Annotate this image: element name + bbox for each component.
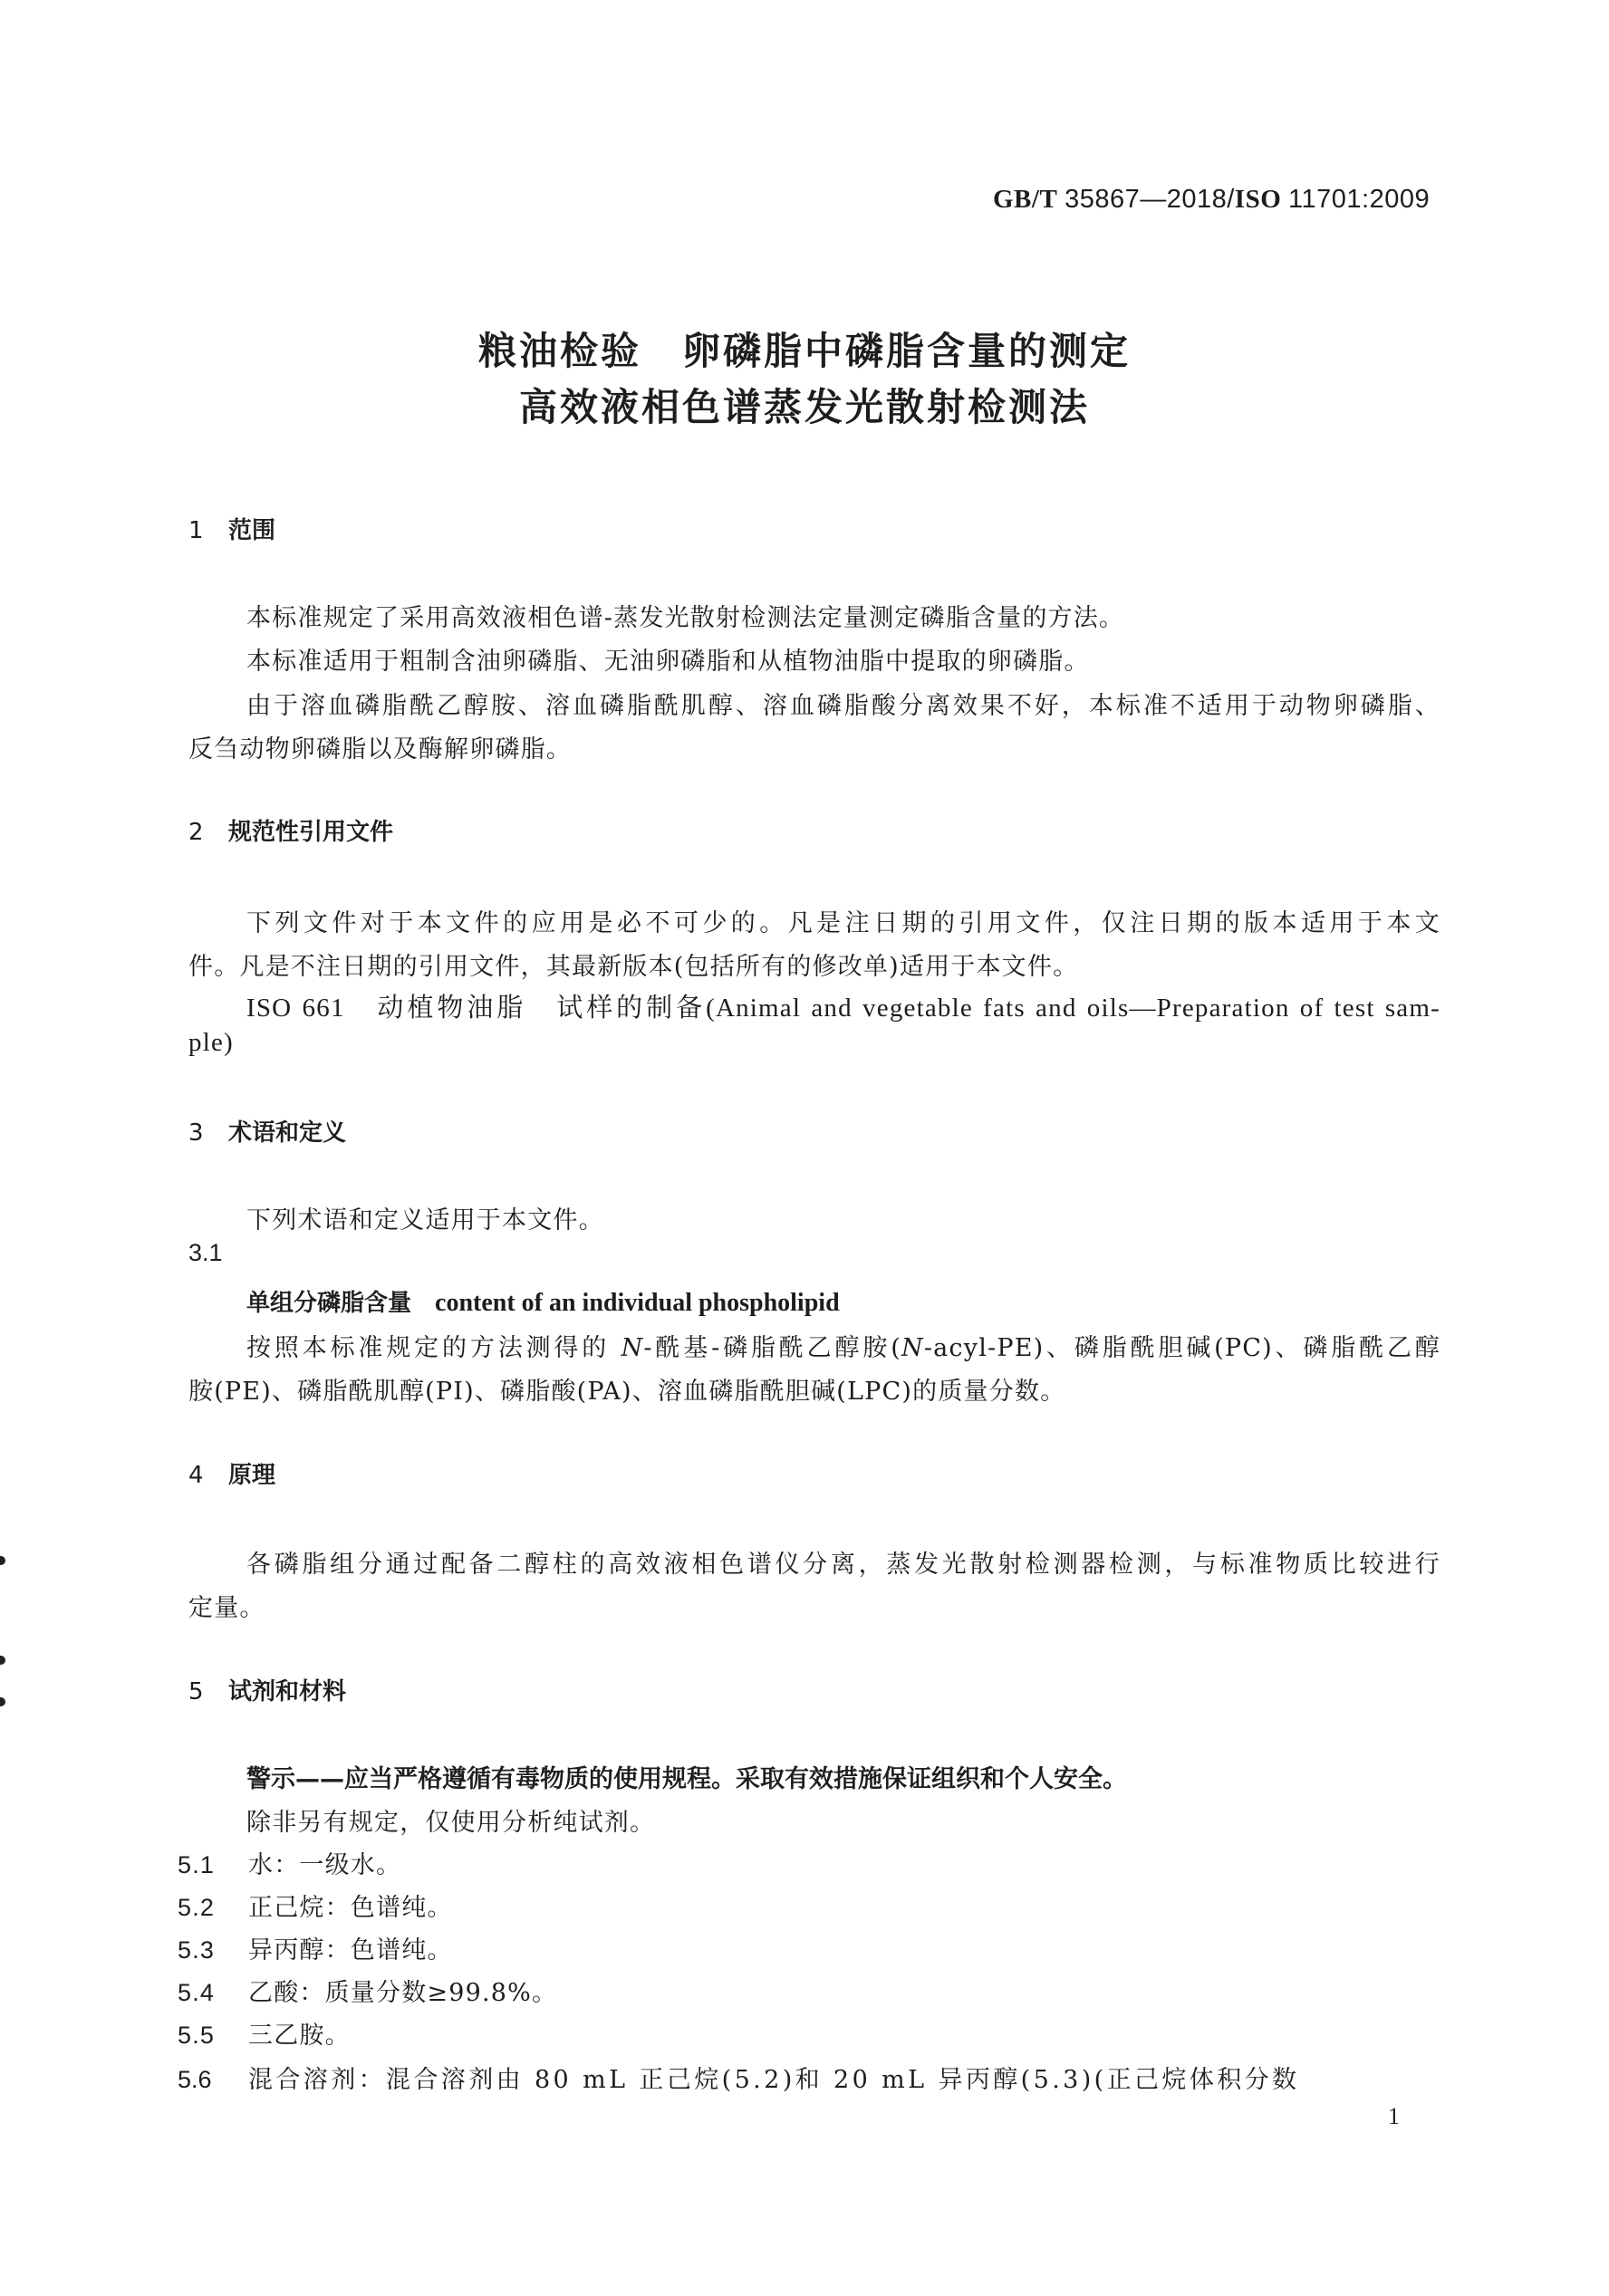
term-entry: 单组分磷脂含量content of an individual phosphol… — [246, 1284, 840, 1318]
item-number: 5.1 — [178, 1851, 248, 1879]
term-english: content of an individual phospholipid — [435, 1289, 840, 1317]
section-title: 术语和定义 — [228, 1119, 346, 1147]
term-chinese: 单组分磷脂含量 — [246, 1290, 411, 1317]
definition-text: -酰基-磷脂酰乙醇胺( — [643, 1334, 901, 1362]
item-number: 5.4 — [178, 1979, 248, 2007]
iso-number: 11701:2009 — [1288, 185, 1430, 214]
paragraph: 下列文件对于本文件的应用是必不可少的。凡是注日期的引用文件，仅注日期的版本适用于… — [246, 903, 1440, 938]
section-number: 5 — [188, 1678, 228, 1705]
binding-mark — [0, 1656, 5, 1665]
paragraph: 本标准适用于粗制含油卵磷脂、无油卵磷脂和从植物油脂中提取的卵磷脂。 — [246, 641, 1090, 677]
reagent-item: 5.3异丙醇：色谱纯。 — [178, 1930, 453, 1965]
reagent-item: 5.4乙酸：质量分数≥99.8%。 — [178, 1973, 557, 2008]
paragraph: 除非另有规定，仅使用分析纯试剂。 — [246, 1802, 655, 1838]
item-text: 混合溶剂：混合溶剂由 80 mL 正己烷(5.2)和 20 mL 异丙醇(5.3… — [248, 2066, 1299, 2094]
section-title: 规范性引用文件 — [228, 819, 393, 846]
document-title-line2: 高效液相色谱蒸发光散射检测法 — [0, 378, 1609, 432]
item-text: 正己烷：色谱纯。 — [248, 1894, 453, 1922]
item-number: 5.3 — [178, 1936, 248, 1965]
section-number: 2 — [188, 819, 228, 846]
safety-warning: 警示——应当严格遵循有毒物质的使用规程。采取有效措施保证组织和个人安全。 — [246, 1759, 1127, 1794]
standard-code: GB/T 35867—2018/ISO 11701:2009 — [993, 185, 1430, 215]
paragraph: 反刍动物卵磷脂以及酶解卵磷脂。 — [188, 729, 572, 764]
standard-code-prefix: GB/T — [993, 185, 1057, 214]
section-heading-5: 5试剂和材料 — [188, 1673, 346, 1706]
normative-reference-cont: ple) — [188, 1028, 234, 1058]
item-number: 5.6 — [178, 2066, 248, 2094]
standard-code-number: 35867—2018/ — [1065, 185, 1235, 214]
section-number: 1 — [188, 517, 228, 544]
paragraph: 下列术语和定义适用于本文件。 — [246, 1200, 604, 1235]
iso-prefix: ISO — [1235, 185, 1281, 214]
normative-reference: ISO 661 动植物油脂 试样的制备(Animal and vegetable… — [246, 987, 1440, 1024]
definition-italic: N — [621, 1334, 644, 1362]
section-heading-2: 2规范性引用文件 — [188, 813, 393, 847]
paragraph: 定量。 — [188, 1588, 265, 1623]
term-number: 3.1 — [188, 1239, 223, 1267]
item-text: 异丙醇：色谱纯。 — [248, 1936, 453, 1965]
definition-text: 按照本标准规定的方法测得的 — [246, 1334, 621, 1362]
reagent-item: 5.6混合溶剂：混合溶剂由 80 mL 正己烷(5.2)和 20 mL 异丙醇(… — [178, 2060, 1299, 2095]
item-text: 乙酸：质量分数≥99.8%。 — [248, 1979, 557, 2007]
section-heading-4: 4原理 — [188, 1456, 275, 1490]
term-definition: 按照本标准规定的方法测得的 N-酰基-磷脂酰乙醇胺(N-acyl-PE)、磷脂酰… — [246, 1328, 1440, 1363]
reagent-item: 5.1水：一级水。 — [178, 1845, 401, 1880]
section-number: 4 — [188, 1462, 228, 1489]
item-number: 5.5 — [178, 2022, 248, 2050]
paragraph: 由于溶血磷脂酰乙醇胺、溶血磷脂酰肌醇、溶血磷脂酸分离效果不好，本标准不适用于动物… — [246, 686, 1440, 721]
item-text: 水：一级水。 — [248, 1851, 401, 1879]
paragraph: 各磷脂组分通过配备二醇柱的高效液相色谱仪分离，蒸发光散射检测器检测，与标准物质比… — [246, 1544, 1440, 1580]
section-heading-3: 3术语和定义 — [188, 1114, 346, 1148]
document-title-line1: 粮油检验 卵磷脂中磷脂含量的测定 — [0, 322, 1609, 376]
binding-mark — [0, 1697, 5, 1706]
term-definition-cont: 胺(PE)、磷脂酰肌醇(PI)、磷脂酸(PA)、溶血磷脂酰胆碱(LPC)的质量分… — [188, 1371, 1065, 1407]
definition-italic: N — [901, 1334, 924, 1362]
section-number: 3 — [188, 1119, 228, 1147]
paragraph: 本标准规定了采用高效液相色谱-蒸发光散射检测法定量测定磷脂含量的方法。 — [246, 598, 1124, 633]
section-title: 范围 — [228, 517, 275, 544]
item-number: 5.2 — [178, 1894, 248, 1922]
binding-mark — [0, 1556, 5, 1565]
page-number: 1 — [1388, 2103, 1400, 2130]
reagent-item: 5.2正己烷：色谱纯。 — [178, 1888, 453, 1923]
paragraph: 件。凡是不注日期的引用文件，其最新版本(包括所有的修改单)适用于本文件。 — [188, 946, 1078, 982]
item-text: 三乙胺。 — [248, 2022, 351, 2050]
section-heading-1: 1范围 — [188, 512, 275, 545]
section-title: 试剂和材料 — [228, 1678, 346, 1705]
reagent-item: 5.5三乙胺。 — [178, 2015, 351, 2051]
section-title: 原理 — [228, 1462, 275, 1489]
definition-text: -acyl-PE)、磷脂酰胆碱(PC)、磷脂酰乙醇 — [924, 1334, 1440, 1362]
